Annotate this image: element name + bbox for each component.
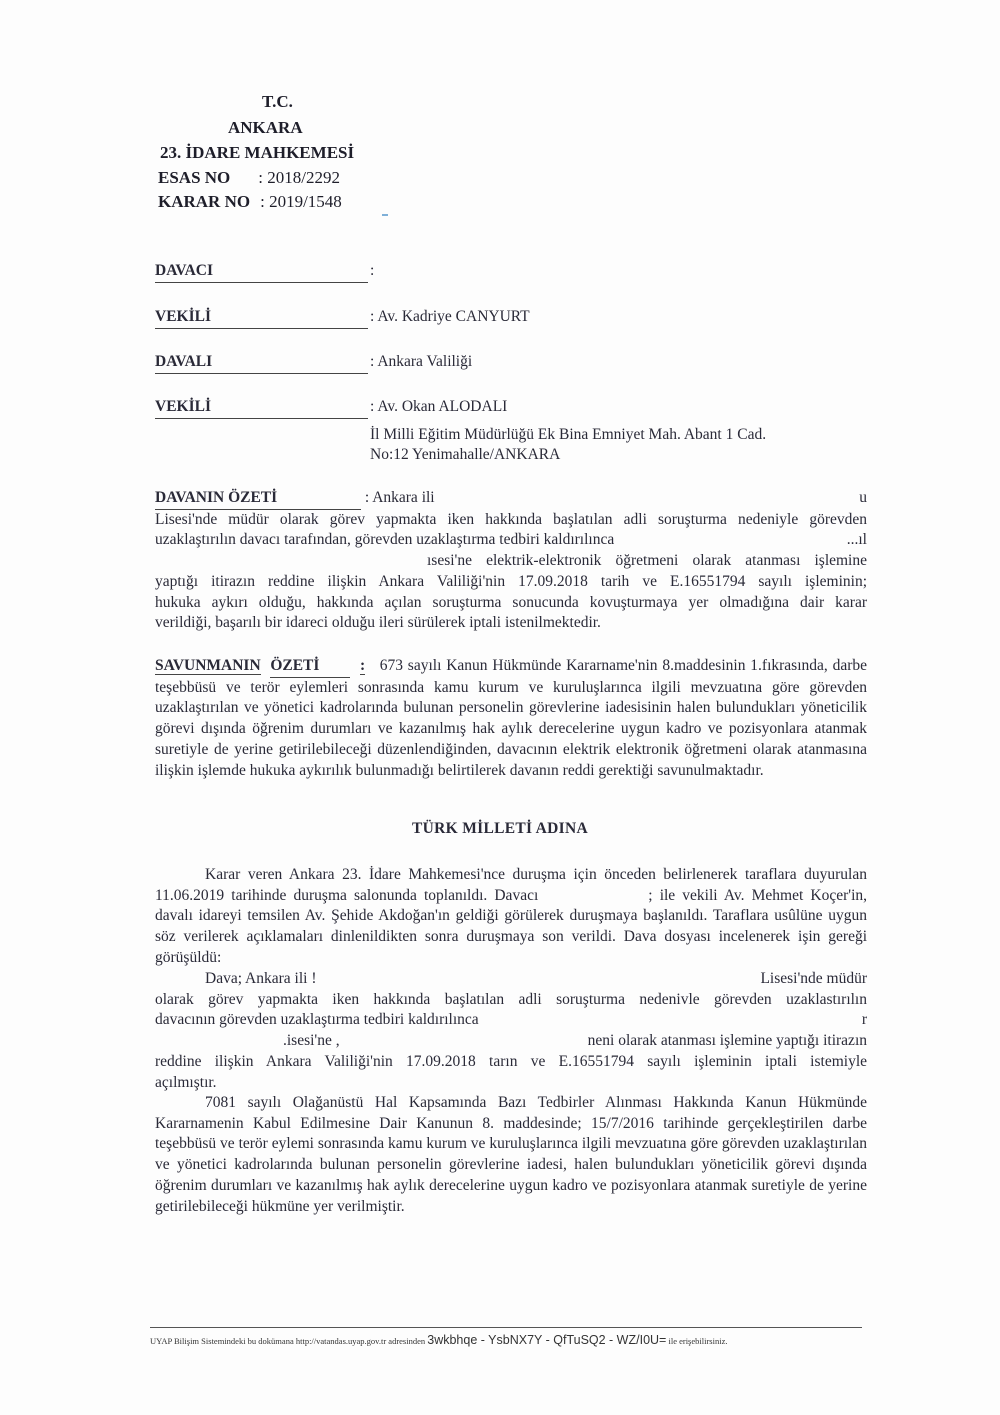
text-line: ısesi'ne elektrik-elektronik öğretmeni o… — [155, 551, 867, 572]
defense-label-2: ÖZETİ — [270, 656, 350, 678]
defense-summary: SAVUNMANIN ÖZETİ : 673 sayılı Kanun Hükm… — [155, 656, 867, 781]
defense-label-1: SAVUNMANIN — [155, 657, 261, 675]
text-line: davacının görevden uzaklaştırma tedbiri … — [155, 1010, 479, 1031]
party-label: VEKİLİ — [155, 308, 368, 329]
party-davali: DAVALI: Ankara Valiliği — [155, 353, 472, 374]
text-line: neni olarak atanması işlemine yaptığı it… — [588, 1031, 867, 1052]
text-line: olarak görev yapmakta iken hakkında başl… — [155, 990, 867, 1011]
court-decision-page: T.C. ANKARA 23. İDARE MAHKEMESİ ESAS NO:… — [0, 0, 1000, 1415]
section-title: TÜRK MİLLETİ ADINA — [0, 820, 1000, 838]
party-value: : Av. Okan ALODALI — [370, 398, 507, 415]
esas-no: ESAS NO: 2018/2292 — [158, 168, 340, 188]
text-line: verildiği, başarılı bir idareci olduğu i… — [155, 613, 867, 634]
text-line: Dava; Ankara ili ! — [205, 970, 316, 987]
text-fragment: .isesi'ne , — [283, 1031, 340, 1052]
court-name: 23. İDARE MAHKEMESİ — [160, 143, 354, 163]
text-line: reddine ilişkin Ankara Valiliği'nin 17.0… — [155, 1052, 867, 1073]
text-line: hukuka aykırı olduğu, hakkında açılan so… — [155, 593, 867, 614]
party-value: : Av. Kadriye CANYURT — [370, 308, 530, 325]
text: 7081 sayılı Olağanüstü Hal Kapsamında Ba… — [155, 1094, 867, 1215]
party-value: : Ankara Valiliği — [370, 353, 472, 370]
text-line: Lisesi'nde müdür olarak görev yapmakta i… — [155, 510, 867, 531]
text-line: açılmıştır. — [155, 1073, 867, 1094]
karar-no: KARAR NO: 2019/1548 — [158, 192, 342, 212]
karar-value: : 2019/1548 — [260, 192, 342, 211]
text-line: Lisesi'nde müdür — [760, 969, 867, 990]
defendant-address: İl Milli Eğitim Müdürlüğü Ek Bina Emniye… — [370, 425, 766, 465]
party-label: DAVALI — [155, 353, 368, 374]
verification-code: 3wkbhqe - YsbNX7Y - QfTuSQ2 - WZ/I0U= — [427, 1333, 666, 1347]
defense-colon: : — [360, 657, 365, 675]
text-fragment: ...ıl — [847, 530, 867, 551]
case-summary-label: DAVANIN ÖZETİ — [155, 488, 361, 510]
text-fragment: u — [859, 488, 867, 510]
text-line: yaptığı itirazın reddine ilişkin Ankara … — [155, 572, 867, 593]
party-value: : — [370, 262, 374, 279]
party-davaci-vekili: VEKİLİ: Av. Kadriye CANYURT — [155, 308, 530, 329]
footer-divider — [150, 1327, 862, 1328]
karar-label: KARAR NO — [158, 192, 250, 211]
footer-suffix: ile erişebilirsiniz. — [668, 1336, 727, 1346]
party-davaci: DAVACI: — [155, 262, 374, 283]
case-summary: DAVANIN ÖZETİ : Ankara ili u Lisesi'nde … — [155, 488, 867, 634]
pen-mark — [382, 214, 388, 216]
esas-value: : 2018/2292 — [258, 168, 340, 187]
text-fragment: r — [862, 1010, 867, 1031]
hearing-paragraph: Karar veren Ankara 23. İdare Mahkemesi'n… — [155, 865, 867, 969]
header-tc: T.C. — [262, 92, 293, 112]
party-label: VEKİLİ — [155, 398, 368, 419]
party-davali-vekili: VEKİLİ: Av. Okan ALODALI — [155, 398, 507, 419]
text-line: uzaklaştırılın davacı tarafından, görevd… — [155, 530, 614, 551]
address-line-2: No:12 Yenimahalle/ANKARA — [370, 445, 766, 465]
party-label: DAVACI — [155, 262, 368, 283]
address-line-1: İl Milli Eğitim Müdürlüğü Ek Bina Emniye… — [370, 425, 766, 445]
law-paragraph: 7081 sayılı Olağanüstü Hal Kapsamında Ba… — [155, 1093, 867, 1217]
footer: UYAP Bilişim Sistemindeki bu dokümana ht… — [150, 1333, 727, 1347]
text-line: : Ankara ili — [365, 489, 435, 506]
defense-text: 673 sayılı Kanun Hükmünde Kararname'nin … — [155, 657, 867, 779]
case-paragraph: Dava; Ankara ili ! Lisesi'nde müdür olar… — [155, 969, 867, 1093]
footer-prefix: UYAP Bilişim Sistemindeki bu dokümana ht… — [150, 1336, 425, 1346]
esas-label: ESAS NO — [158, 168, 230, 187]
header-city: ANKARA — [228, 118, 303, 138]
